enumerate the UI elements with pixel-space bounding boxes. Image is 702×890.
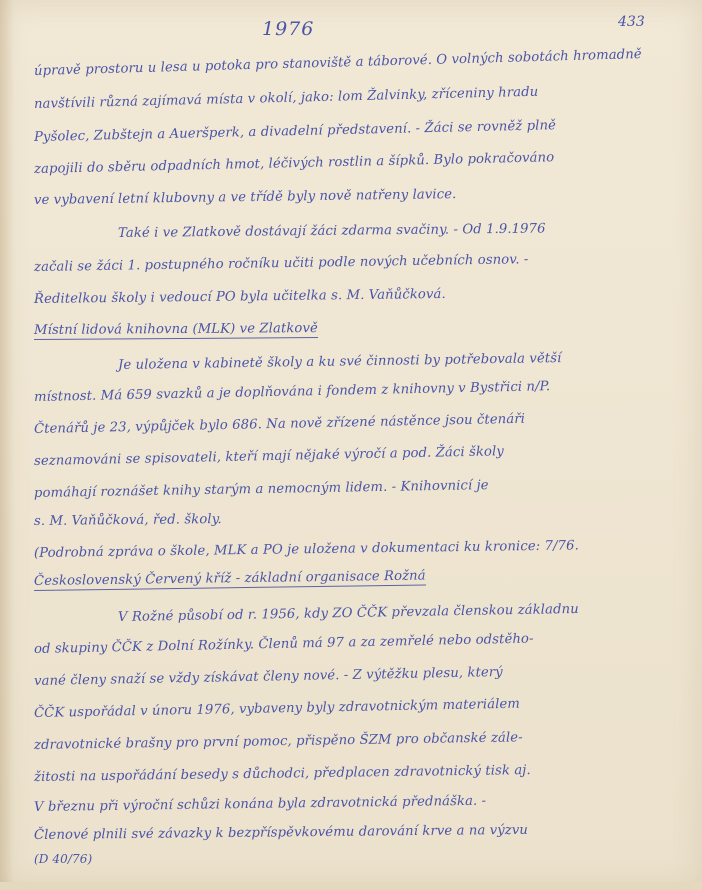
text-line: začali se žáci 1. postupného ročníku uči… (34, 252, 529, 275)
section-heading-library: Místní lidová knihovna (MLK) ve Zlatkově (34, 321, 318, 340)
text-line: úpravě prostoru u lesa u potoka pro stan… (34, 47, 642, 79)
text-line: Je uložena v kabinetě školy a ku své čin… (118, 351, 562, 373)
text-line: V Rožné působí od r. 1956, kdy ZO ČČK př… (118, 602, 579, 625)
text-line: zapojili do sběru odpadních hmot, léčivý… (34, 150, 555, 177)
section-heading-red-cross: Československý Červený kříž - základní o… (34, 569, 426, 591)
text-line: Pyšolec, Zubštejn a Aueršperk, a divadel… (34, 118, 556, 145)
text-line: ve vybavení letní klubovny a ve třídě by… (34, 187, 457, 208)
text-line: zdravotnické brašny pro první pomoc, při… (34, 730, 523, 753)
text-line: vané členy snaží se vždy získávat členy … (34, 665, 503, 689)
text-line: od skupiny ČČK z Dolní Rožínky. Členů má… (34, 632, 534, 657)
text-line: seznamováni se spisovateli, kteří mají n… (34, 444, 504, 469)
text-line: s. M. Vaňůčková, řed. školy. (34, 512, 222, 529)
reference-note: (Podrobná zpráva o škole, MLK a PO je ul… (34, 538, 579, 561)
text-line: Ředitelkou školy i vedoucí PO byla učite… (34, 287, 446, 307)
text-line: Čtenářů je 23, výpůjček bylo 686. Na nov… (34, 412, 525, 437)
chronicle-year: 1976 (262, 18, 314, 40)
document-reference: (D 40/76) (34, 852, 92, 866)
text-line: V březnu při výroční schůzi konána byla … (34, 794, 486, 815)
text-line: Členové plnili své závazky k bezpříspěvk… (34, 823, 528, 843)
chronicle-page: 1976 433 úpravě prostoru u lesa u potoka… (0, 0, 702, 890)
text-line: místnost. Má 659 svazků a je doplňována … (34, 379, 550, 405)
page-edge (0, 0, 14, 890)
text-line: navštívili různá zajímavá místa v okolí,… (34, 85, 539, 112)
page-edge-bottom (0, 882, 702, 890)
text-line: žitosti na uspořádání besedy s důchodci,… (34, 763, 531, 785)
text-line: Také i ve Zlatkově dostávají žáci zdarma… (118, 222, 546, 241)
page-number: 433 (618, 14, 645, 30)
text-line: pomáhají roznášet knihy starým a nemocný… (34, 478, 489, 501)
text-line: ČČK uspořádal v únoru 1976, vybaveny byl… (34, 697, 520, 721)
